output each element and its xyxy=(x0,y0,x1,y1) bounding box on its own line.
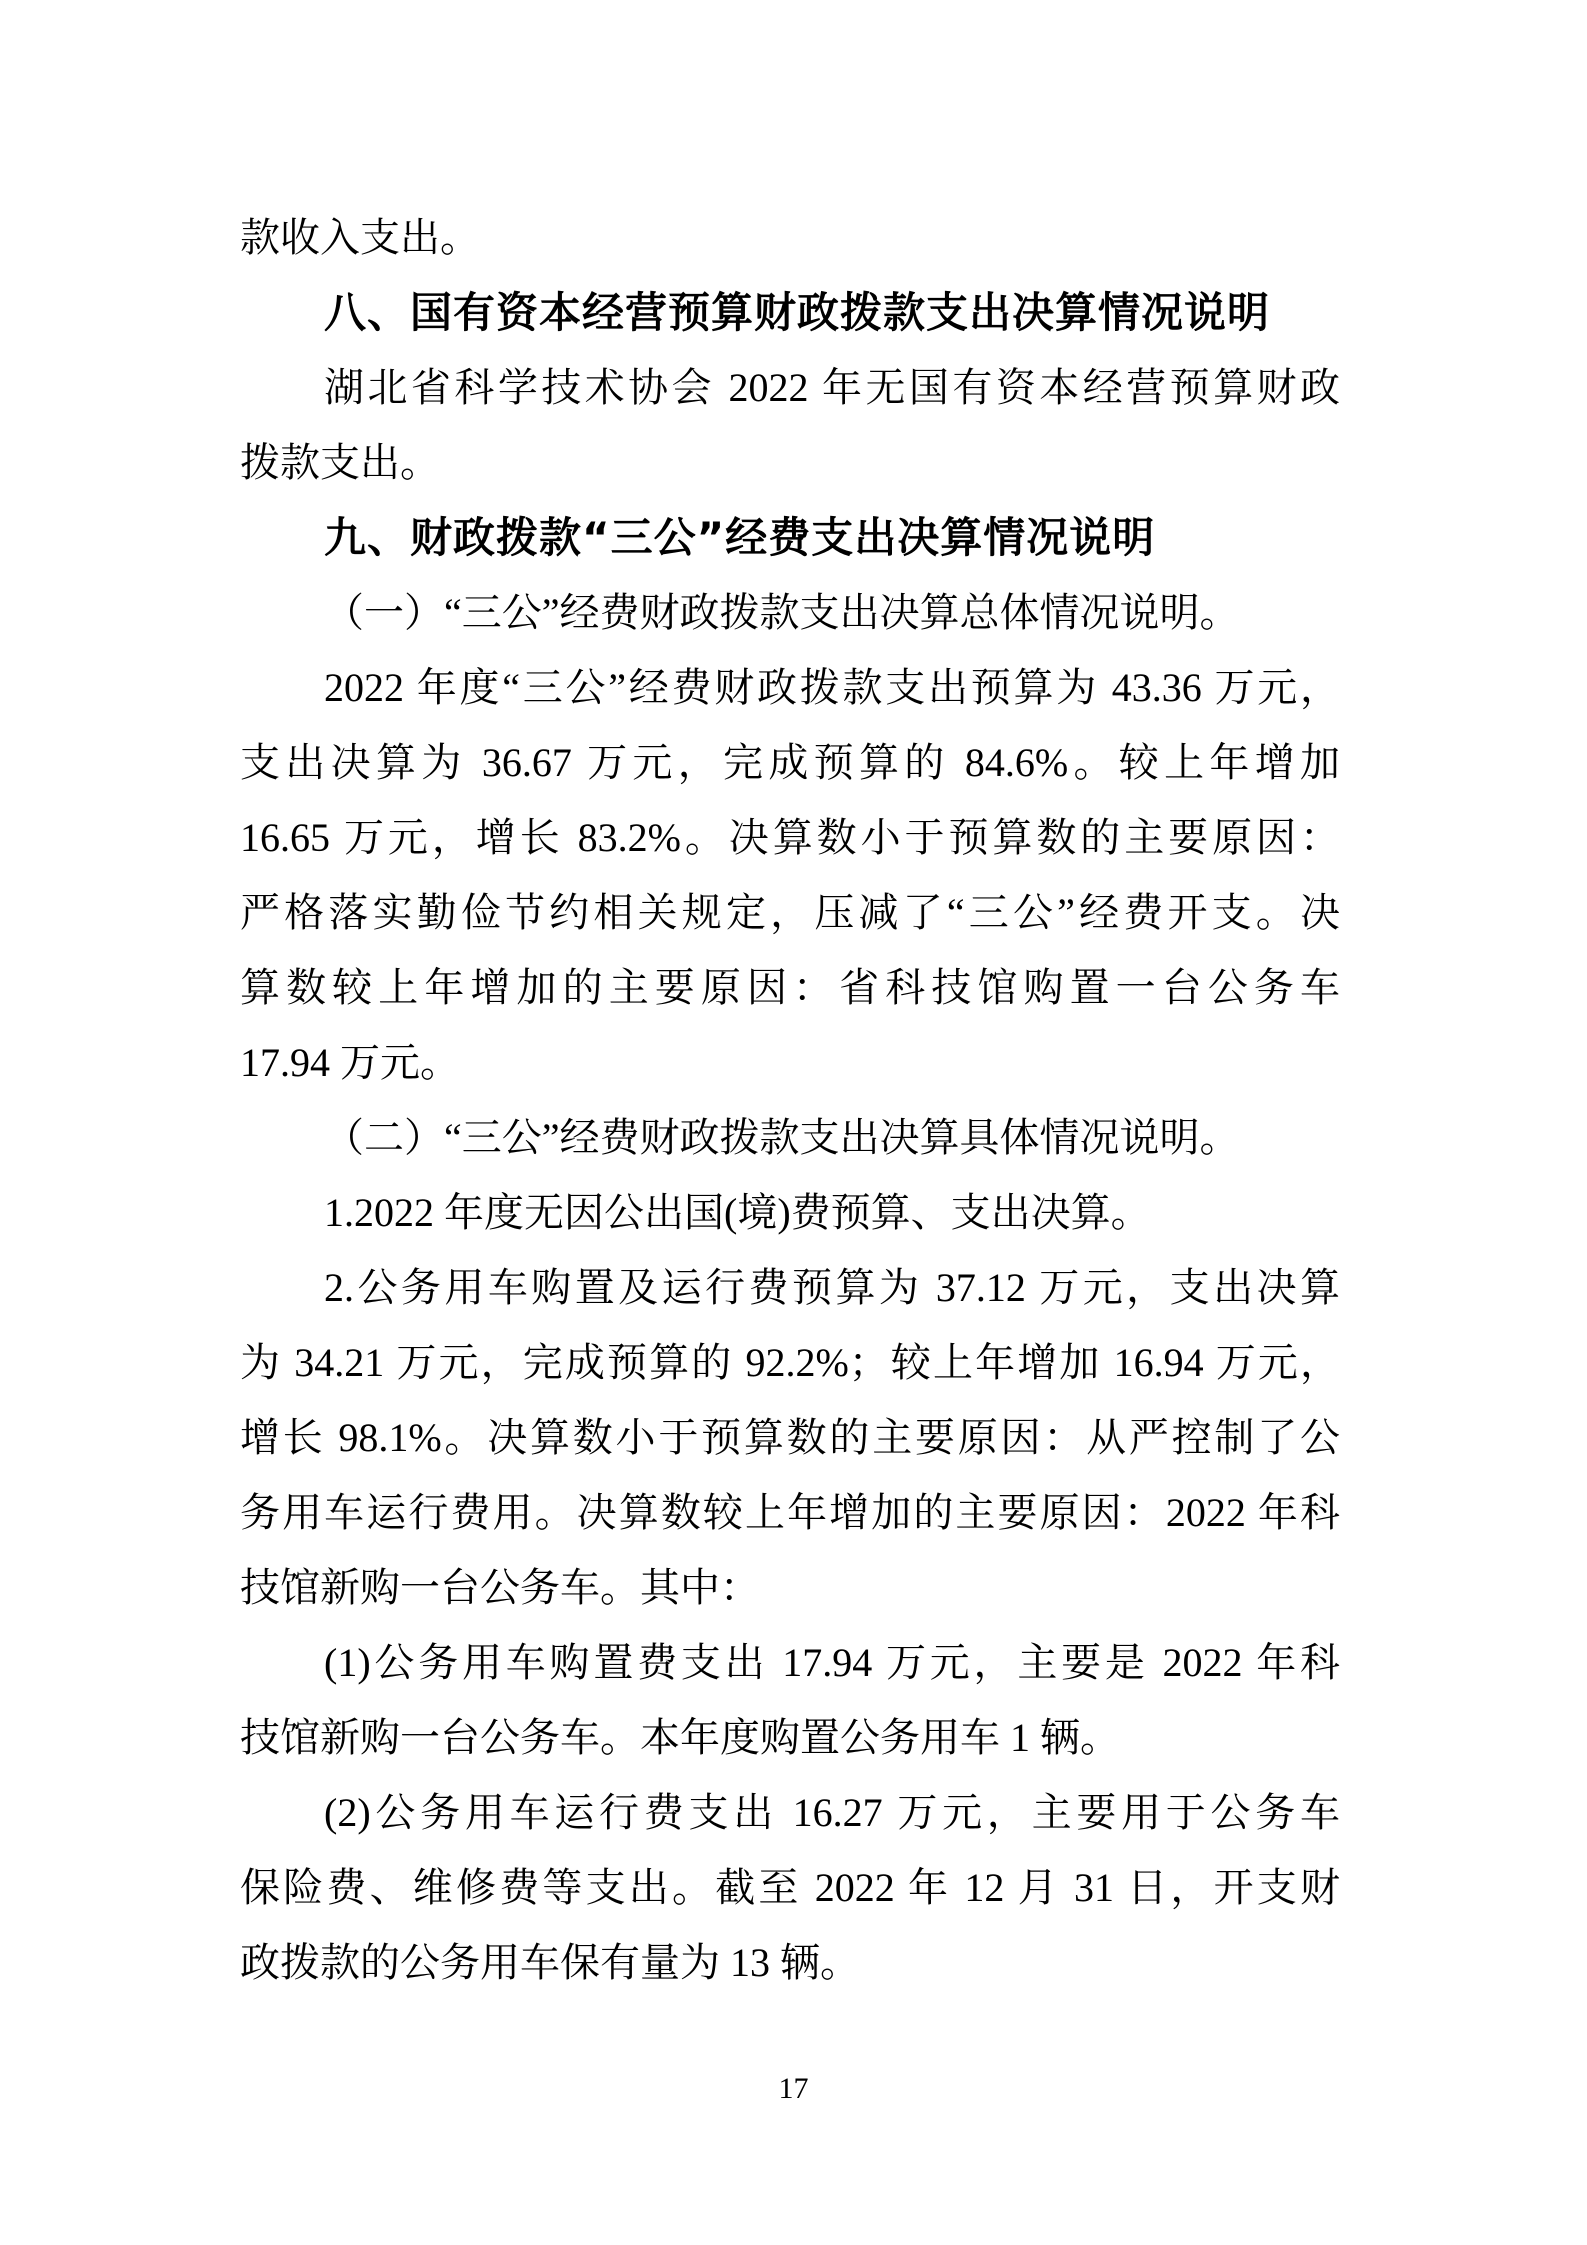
text-line: （一）“三公”经费财政拨款支出决算总体情况说明。 xyxy=(240,575,1340,650)
text-line: (1)公务用车购置费支出 17.94 万元，主要是 2022 年科 xyxy=(240,1625,1340,1700)
text-line: 支出决算为 36.67 万元，完成预算的 84.6%。较上年增加 xyxy=(240,725,1340,800)
text-line: 1.2022 年度无因公出国(境)费预算、支出决算。 xyxy=(240,1175,1340,1250)
text-line: 17.94 万元。 xyxy=(240,1025,1340,1100)
document-body: 款收入支出。 八、国有资本经营预算财政拨款支出决算情况说明 湖北省科学技术协会 … xyxy=(240,200,1340,2000)
text-line: (2)公务用车运行费支出 16.27 万元，主要用于公务车 xyxy=(240,1775,1340,1850)
text-line: （二）“三公”经费财政拨款支出决算具体情况说明。 xyxy=(240,1100,1340,1175)
document-page: 款收入支出。 八、国有资本经营预算财政拨款支出决算情况说明 湖北省科学技术协会 … xyxy=(0,0,1587,2245)
text-line: 2.公务用车购置及运行费预算为 37.12 万元，支出决算 xyxy=(240,1250,1340,1325)
text-line: 16.65 万元，增长 83.2%。决算数小于预算数的主要原因： xyxy=(240,800,1340,875)
text-line: 拨款支出。 xyxy=(240,425,1340,500)
text-line: 算数较上年增加的主要原因：省科技馆购置一台公务车 xyxy=(240,950,1340,1025)
text-line: 政拨款的公务用车保有量为 13 辆。 xyxy=(240,1925,1340,2000)
text-line: 为 34.21 万元，完成预算的 92.2%；较上年增加 16.94 万元， xyxy=(240,1325,1340,1400)
section-heading: 九、财政拨款“三公”经费支出决算情况说明 xyxy=(240,500,1340,575)
text-line: 技馆新购一台公务车。其中： xyxy=(240,1550,1340,1625)
page-number: 17 xyxy=(0,2072,1587,2106)
text-line: 增长 98.1%。决算数小于预算数的主要原因：从严控制了公 xyxy=(240,1400,1340,1475)
text-line: 严格落实勤俭节约相关规定，压减了“三公”经费开支。决 xyxy=(240,875,1340,950)
text-line: 款收入支出。 xyxy=(240,200,1340,275)
section-heading: 八、国有资本经营预算财政拨款支出决算情况说明 xyxy=(240,275,1340,350)
text-line: 保险费、维修费等支出。截至 2022 年 12 月 31 日，开支财 xyxy=(240,1850,1340,1925)
text-line: 务用车运行费用。决算数较上年增加的主要原因：2022 年科 xyxy=(240,1475,1340,1550)
text-line: 技馆新购一台公务车。本年度购置公务用车 1 辆。 xyxy=(240,1700,1340,1775)
text-line: 湖北省科学技术协会 2022 年无国有资本经营预算财政 xyxy=(240,350,1340,425)
text-line: 2022 年度“三公”经费财政拨款支出预算为 43.36 万元， xyxy=(240,650,1340,725)
